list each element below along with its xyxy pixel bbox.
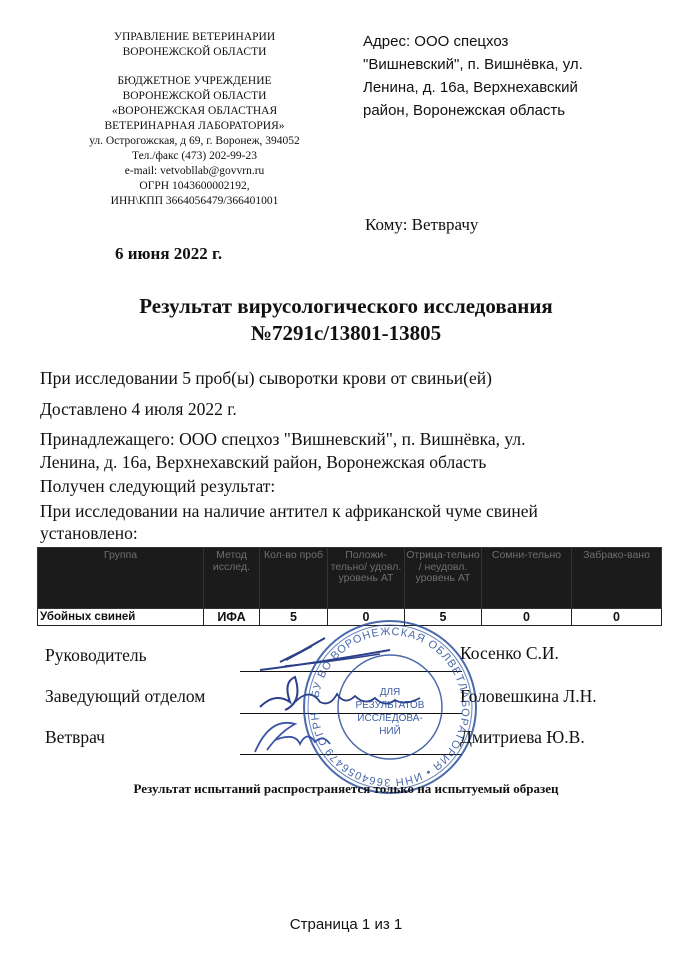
document-title: Результат вирусологического исследования…: [0, 293, 692, 347]
header-positive: Положи-тельно/ удовл. уровень АТ: [328, 548, 405, 609]
result-intro: Получен следующий результат:: [40, 475, 640, 498]
cell-sample-count: 5: [260, 609, 328, 626]
document-date: 6 июня 2022 г.: [115, 244, 222, 264]
svg-text:ИССЛЕДОВА-: ИССЛЕДОВА-: [357, 713, 422, 724]
cell-method: ИФА: [204, 609, 260, 626]
finding-line: установлено:: [40, 523, 640, 543]
cell-positive: 0: [328, 609, 405, 626]
org-phone: Тел./факс (473) 202-99-23: [62, 149, 327, 164]
table-header-row: Группа Метод исслед. Кол-во проб Положи-…: [38, 548, 662, 609]
disclaimer-note: Результат испытаний распространяется тол…: [0, 781, 692, 797]
signature-role-head: Руководитель: [45, 645, 147, 666]
finding-text: При исследовании на наличие антител к аф…: [40, 500, 640, 543]
header-method: Метод исслед.: [204, 548, 260, 609]
svg-text:ДЛЯ: ДЛЯ: [380, 687, 401, 698]
header-negative: Отрица-тельно / неудовл. уровень АТ: [405, 548, 482, 609]
org-address: ул. Острогожская, д 69, г. Воронеж, 3940…: [62, 134, 327, 149]
samples-text: При исследовании 5 проб(ы) сыворотки кро…: [40, 367, 640, 390]
table-row: Убойных свиней ИФА 5 0 5 0 0: [38, 609, 662, 626]
address-line: Адрес: ООО спецхоз: [363, 30, 663, 53]
official-stamp-icon: БУ ВО ВОРОНЕЖСКАЯ ОБЛВЕТЛАБОРАТОРИЯ • ИН…: [300, 615, 480, 800]
recipient-address: Адрес: ООО спецхоз "Вишневский", п. Вишн…: [363, 30, 663, 122]
svg-text:БУ ВО ВОРОНЕЖСКАЯ ОБЛВЕТЛАБОРА: БУ ВО ВОРОНЕЖСКАЯ ОБЛВЕТЛАБОРАТОРИЯ • ИН…: [300, 615, 471, 788]
org-inn-kpp: ИНН\КПП 3664056479/366401001: [62, 194, 327, 209]
address-line: район, Воронежская область: [363, 99, 663, 122]
header-rejected: Забрако-вано: [572, 548, 662, 609]
cell-negative: 5: [405, 609, 482, 626]
cell-rejected: 0: [572, 609, 662, 626]
address-line: "Вишневский", п. Вишнёвка, ул.: [363, 53, 663, 76]
org-line: ВОРОНЕЖСКОЙ ОБЛАСТИ: [62, 45, 327, 60]
document-number: №7291с/13801-13805: [0, 320, 692, 347]
page-number: Страница 1 из 1: [0, 916, 692, 933]
owner-text: Принадлежащего: ООО спецхоз "Вишневский"…: [40, 428, 640, 474]
signatory-department-name: Головешкина Л.Н.: [460, 686, 597, 707]
address-line: Ленина, д. 16а, Верхнехавский: [363, 76, 663, 99]
recipient-to: Кому: Ветврачу: [365, 215, 478, 235]
org-email: e-mail: vetvobllab@govvrn.ru: [62, 164, 327, 179]
delivered-text: Доставлено 4 июля 2022 г.: [40, 398, 640, 421]
signature-line: [240, 713, 462, 714]
svg-text:НИЙ: НИЙ: [379, 724, 401, 737]
org-line: ВЕТЕРИНАРНАЯ ЛАБОРАТОРИЯ»: [62, 119, 327, 134]
signature-role-department: Заведующий отделом: [45, 686, 205, 707]
signatory-vet-name: Дмитриева Ю.В.: [460, 727, 585, 748]
owner-line: Принадлежащего: ООО спецхоз "Вишневский"…: [40, 428, 640, 451]
signature-vet-icon: [245, 712, 355, 757]
header-group: Группа: [38, 548, 204, 609]
signature-line: [240, 754, 462, 755]
org-line: «ВОРОНЕЖСКАЯ ОБЛАСТНАЯ: [62, 104, 327, 119]
org-line: БЮДЖЕТНОЕ УЧРЕЖДЕНИЕ: [62, 74, 327, 89]
cell-doubtful: 0: [482, 609, 572, 626]
organization-header: УПРАВЛЕНИЕ ВЕТЕРИНАРИИ ВОРОНЕЖСКОЙ ОБЛАС…: [62, 30, 327, 209]
results-table: Группа Метод исслед. Кол-во проб Положи-…: [37, 547, 662, 626]
signature-department-icon: [255, 672, 435, 717]
header-sample-count: Кол-во проб: [260, 548, 328, 609]
org-line: УПРАВЛЕНИЕ ВЕТЕРИНАРИИ: [62, 30, 327, 45]
signature-line: [240, 671, 462, 672]
cell-group: Убойных свиней: [38, 609, 204, 626]
signature-role-vet: Ветврач: [45, 727, 105, 748]
org-ogrn: ОГРН 1043600002192,: [62, 179, 327, 194]
svg-text:РЕЗУЛЬТАТОВ: РЕЗУЛЬТАТОВ: [356, 700, 425, 711]
title-line: Результат вирусологического исследования: [0, 293, 692, 320]
header-doubtful: Сомни-тельно: [482, 548, 572, 609]
owner-line: Ленина, д. 16а, Верхнехавский район, Вор…: [40, 451, 640, 474]
signatory-head-name: Косенко С.И.: [460, 643, 559, 664]
finding-line: При исследовании на наличие антител к аф…: [40, 500, 640, 523]
org-line: ВОРОНЕЖСКОЙ ОБЛАСТИ: [62, 89, 327, 104]
